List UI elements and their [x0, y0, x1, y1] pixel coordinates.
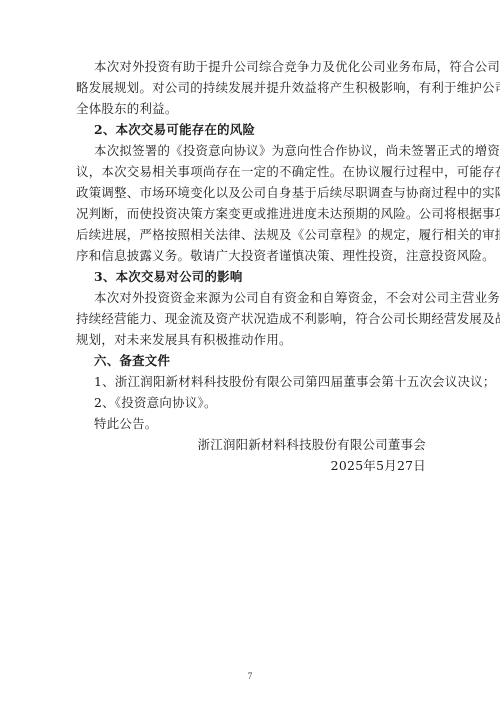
para2-line: 后续进展，严格按照相关法律、法规及《公司章程》的规定，履行相关的审批程 [76, 224, 426, 245]
reference-file-item: 1、浙江润阳新材料科技股份有限公司第四届董事会第十五次会议决议； [76, 371, 426, 392]
section-heading-risks: 2、本次交易可能存在的风险 [76, 119, 426, 140]
para2-line: 本次拟签署的《投资意向协议》为意向性合作协议，尚未签署正式的增资协 [76, 140, 426, 161]
closing-statement: 特此公告。 [76, 413, 426, 434]
para3-line: 本次对外投资资金来源为公司自有资金和自筹资金，不会对公司主营业务、 [76, 287, 426, 308]
para2-line: 议，本次交易相关事项尚存在一定的不确定性。在协议履行过程中，可能存在因 [76, 161, 426, 182]
section-heading-reference-files: 六、备查文件 [76, 350, 426, 371]
document-page: 本次对外投资有助于提升公司综合竞争力及优化公司业务布局，符合公司战 略发展规划。… [76, 56, 426, 476]
date: 2025年5月27日 [76, 455, 426, 476]
para3-line: 规划，对未来发展具有积极推动作用。 [76, 329, 426, 350]
para1-line: 本次对外投资有助于提升公司综合竞争力及优化公司业务布局，符合公司战 [76, 56, 426, 77]
signature: 浙江润阳新材料科技股份有限公司董事会 [76, 434, 426, 455]
para2-line: 政策调整、市场环境变化以及公司自身基于后续尽职调查与协商过程中的实际情 [76, 182, 426, 203]
para1-line: 全体股东的利益。 [76, 98, 426, 119]
page-number: 7 [0, 671, 500, 681]
para3-line: 持续经营能力、现金流及资产状况造成不利影响，符合公司长期经营发展及战略 [76, 308, 426, 329]
reference-file-item: 2、《投资意向协议》。 [76, 392, 426, 413]
para2-line: 序和信息披露义务。敬请广大投资者谨慎决策、理性投资，注意投资风险。 [76, 245, 426, 266]
para2-line: 况判断，而使投资决策方案变更或推进进度未达预期的风险。公司将根据事项的 [76, 203, 426, 224]
section-heading-impact: 3、本次交易对公司的影响 [76, 266, 426, 287]
para1-line: 略发展规划。对公司的持续发展并提升效益将产生积极影响，有利于维护公司和 [76, 77, 426, 98]
